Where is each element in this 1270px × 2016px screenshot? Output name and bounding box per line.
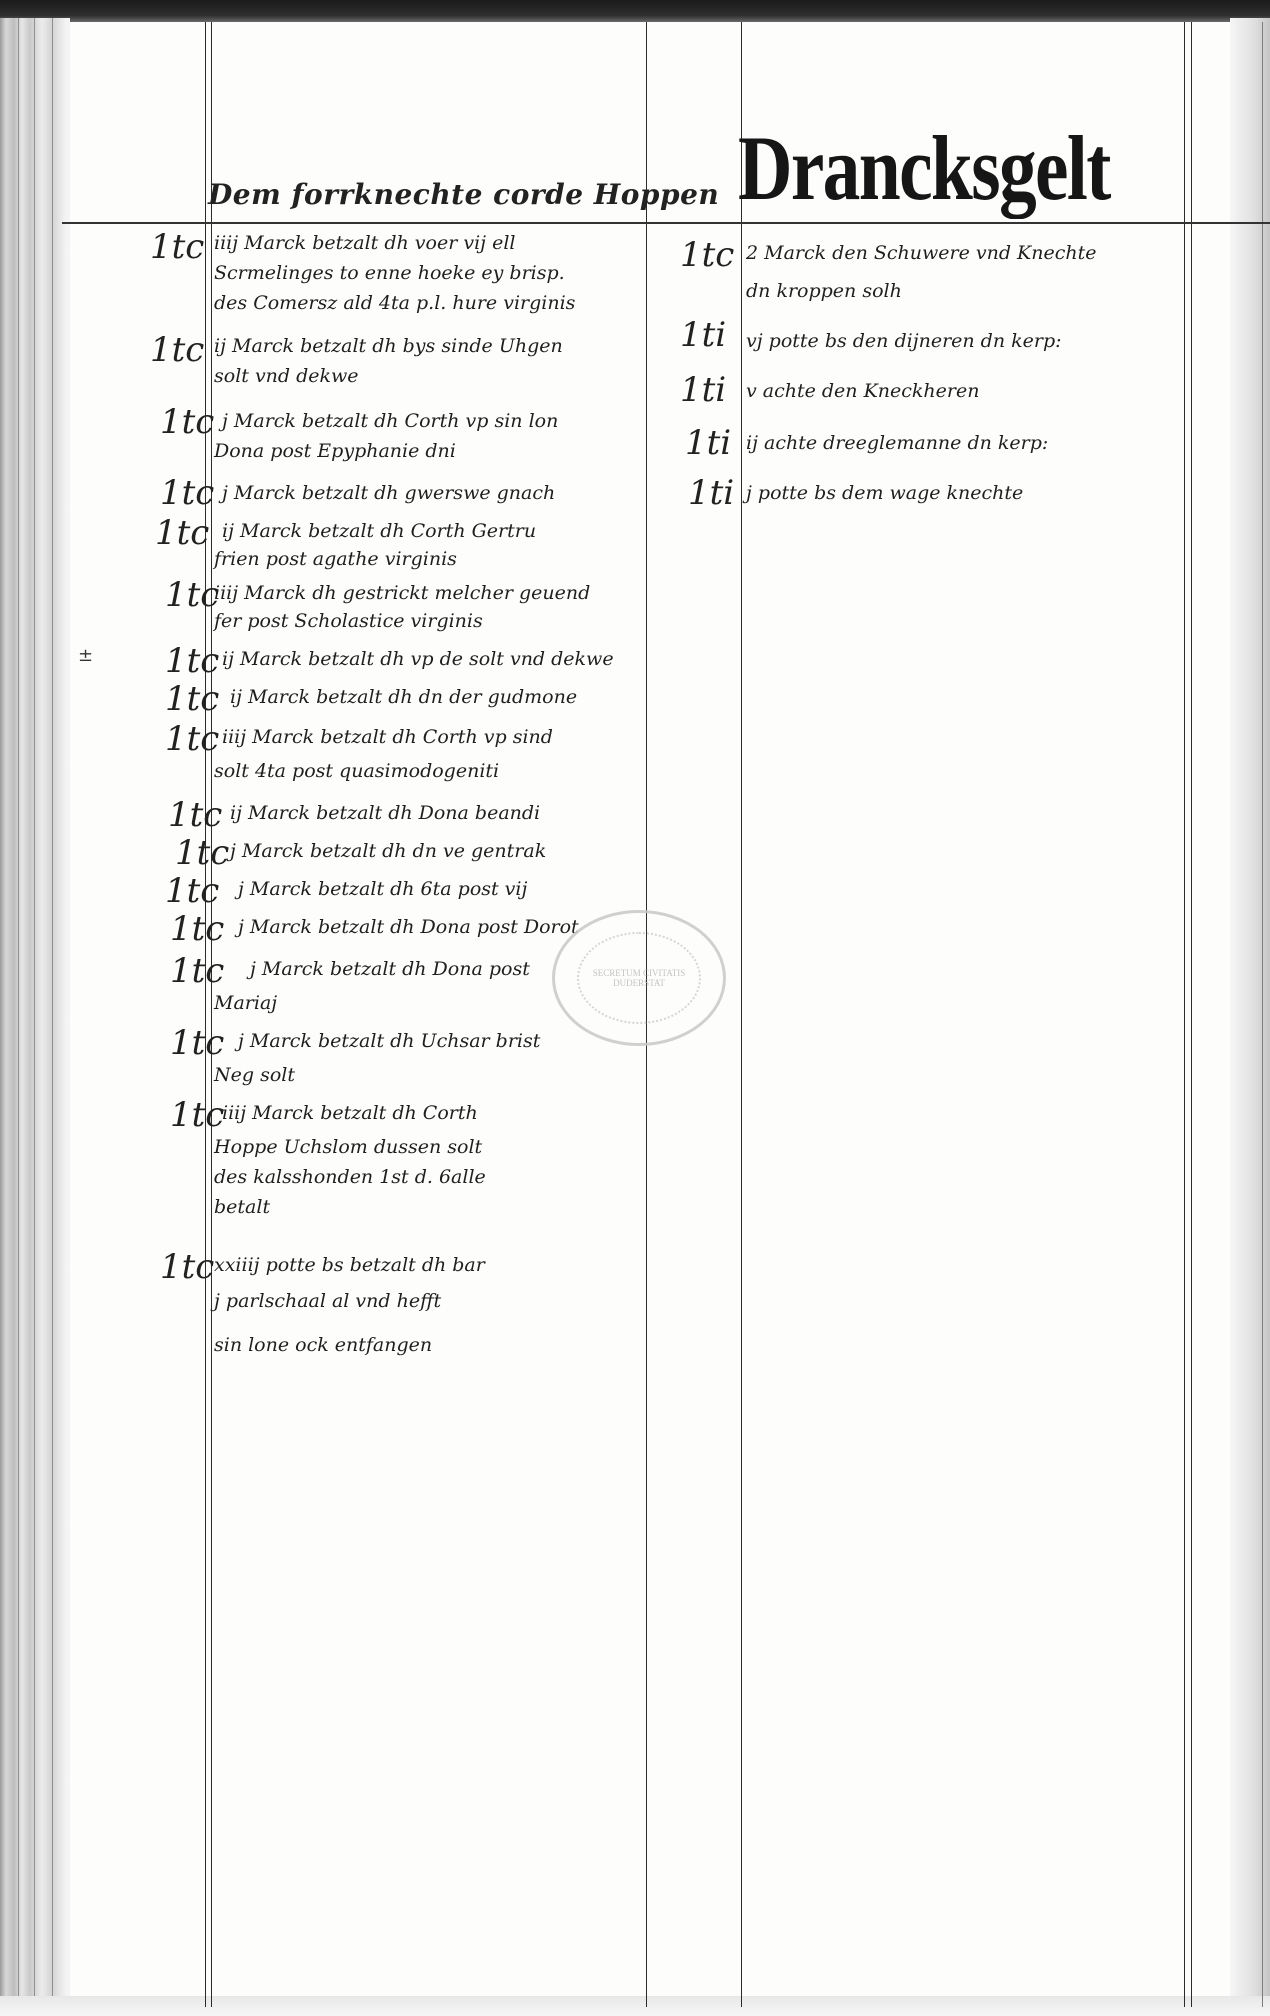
entry-line: ij Marck betzalt dh Corth Gertru bbox=[222, 520, 536, 542]
entry-marker: 1tc bbox=[160, 1252, 214, 1282]
entry-marker: 1tc bbox=[165, 684, 219, 714]
entry-line: fer post Scholastice virginis bbox=[214, 610, 483, 632]
entry-marker: 1tc bbox=[160, 407, 214, 437]
entry-line: vj potte bs den dijneren dn kerp: bbox=[746, 330, 1062, 352]
entry-marker: 1ti bbox=[688, 478, 734, 508]
entry-marker: 1ti bbox=[685, 428, 731, 458]
margin-note: ± bbox=[78, 645, 93, 666]
column-rule-middle-right bbox=[741, 22, 742, 2007]
entry-line: sin lone ock entfangen bbox=[214, 1334, 432, 1356]
entry-line: ij Marck betzalt dh Dona beandi bbox=[230, 802, 540, 824]
page-edge-line bbox=[18, 18, 19, 2016]
entry-marker: 1tc bbox=[175, 838, 229, 868]
entry-marker: 1tc bbox=[155, 518, 209, 548]
entry-line: iiij Marck betzalt dh Corth bbox=[222, 1102, 478, 1124]
entry-line: iiij Marck dh gestrickt melcher geuend bbox=[214, 582, 590, 604]
entry-marker: 1tc bbox=[165, 646, 219, 676]
page-edge-rule bbox=[1262, 22, 1263, 2007]
entry-line: solt 4ta post quasimodogeniti bbox=[214, 760, 499, 782]
entry-line: Neg solt bbox=[214, 1064, 295, 1086]
entry-marker: 1ti bbox=[680, 375, 726, 405]
entry-line: j parlschaal al vnd hefft bbox=[214, 1290, 441, 1312]
entry-marker: 1tc bbox=[165, 724, 219, 754]
column-rule-left-outer bbox=[205, 22, 206, 2007]
archive-seal-stamp: SECRETUM CIVITATIS DUDERSTAT bbox=[552, 910, 726, 1046]
entry-line: Scrmelinges to enne hoeke ey brisp. bbox=[214, 262, 565, 284]
page-stack-left-edge bbox=[0, 18, 70, 2016]
entry-line: j Marck betzalt dh Uchsar brist bbox=[238, 1030, 540, 1052]
entry-line: iiij Marck betzalt dh Corth vp sind bbox=[222, 726, 553, 748]
right-column-heading: Drancksgelt bbox=[738, 118, 1110, 218]
seal-text: SECRETUM CIVITATIS DUDERSTAT bbox=[579, 968, 699, 988]
entry-line: des Comersz ald 4ta p.l. hure virginis bbox=[214, 292, 575, 314]
entry-line: Hoppe Uchslom dussen solt bbox=[214, 1136, 482, 1158]
column-rule-right-outer bbox=[1184, 22, 1185, 2007]
entry-marker: 1tc bbox=[170, 1100, 224, 1130]
entry-marker: 1tc bbox=[150, 335, 204, 365]
page-edge-line bbox=[34, 18, 35, 2016]
entry-line: des kalsshonden 1st d. 6alle bbox=[214, 1166, 486, 1188]
entry-line: j Marck betzalt dh Dona post bbox=[250, 958, 530, 980]
entry-line: j Marck betzalt dh Corth vp sin lon bbox=[222, 410, 558, 432]
entry-marker: 1tc bbox=[170, 914, 224, 944]
column-rule-left-inner bbox=[211, 22, 212, 2007]
column-rule-right-inner bbox=[1191, 22, 1192, 2007]
entry-line: frien post agathe virginis bbox=[214, 548, 457, 570]
entry-line: iiij Marck betzalt dh voer vij ell bbox=[214, 232, 515, 254]
entry-line: j potte bs dem wage knechte bbox=[746, 482, 1023, 504]
entry-line: j Marck betzalt dh Dona post Dorot bbox=[238, 916, 579, 938]
entry-line: j Marck betzalt dh dn ve gentrak bbox=[230, 840, 546, 862]
entry-line: j Marck betzalt dh 6ta post vij bbox=[238, 878, 527, 900]
entry-line: ij Marck betzalt dh vp de solt vnd dekwe bbox=[222, 648, 614, 670]
entry-line: Dona post Epyphanie dni bbox=[214, 440, 456, 462]
entry-marker: 1tc bbox=[165, 876, 219, 906]
entry-marker: 1tc bbox=[168, 800, 222, 830]
book-binding-top bbox=[0, 0, 1270, 22]
entry-line: xxiiij potte bs betzalt dh bar bbox=[214, 1254, 485, 1276]
entry-line: 2 Marck den Schuwere vnd Knechte bbox=[746, 242, 1096, 264]
left-column-heading: Dem forrknechte corde Hoppen bbox=[208, 178, 719, 211]
entry-line: betalt bbox=[214, 1196, 270, 1218]
entry-line: Mariaj bbox=[214, 992, 277, 1014]
entry-marker: 1tc bbox=[170, 956, 224, 986]
entry-line: j Marck betzalt dh gwerswe gnach bbox=[222, 482, 555, 504]
page-edge-line bbox=[52, 18, 53, 2016]
entry-line: solt vnd dekwe bbox=[214, 365, 359, 387]
entry-marker: 1tc bbox=[160, 478, 214, 508]
header-rule bbox=[62, 222, 1270, 224]
entry-line: ij achte dreeglemanne dn kerp: bbox=[746, 432, 1048, 454]
entry-marker: 1tc bbox=[165, 580, 219, 610]
entry-marker: 1tc bbox=[170, 1028, 224, 1058]
entry-marker: 1tc bbox=[150, 232, 204, 262]
entry-line: ij Marck betzalt dh dn der gudmone bbox=[230, 686, 577, 708]
entry-line: v achte den Kneckheren bbox=[746, 380, 979, 402]
seal-emblem-icon: SECRETUM CIVITATIS DUDERSTAT bbox=[577, 932, 701, 1024]
entry-marker: 1tc bbox=[680, 240, 734, 270]
entry-line: ij Marck betzalt dh bys sinde Uhgen bbox=[214, 335, 563, 357]
page-bottom-edge bbox=[0, 1996, 1270, 2016]
page-right-edge bbox=[1230, 18, 1270, 2016]
entry-line: dn kroppen solh bbox=[746, 280, 902, 302]
entry-marker: 1ti bbox=[680, 320, 726, 350]
